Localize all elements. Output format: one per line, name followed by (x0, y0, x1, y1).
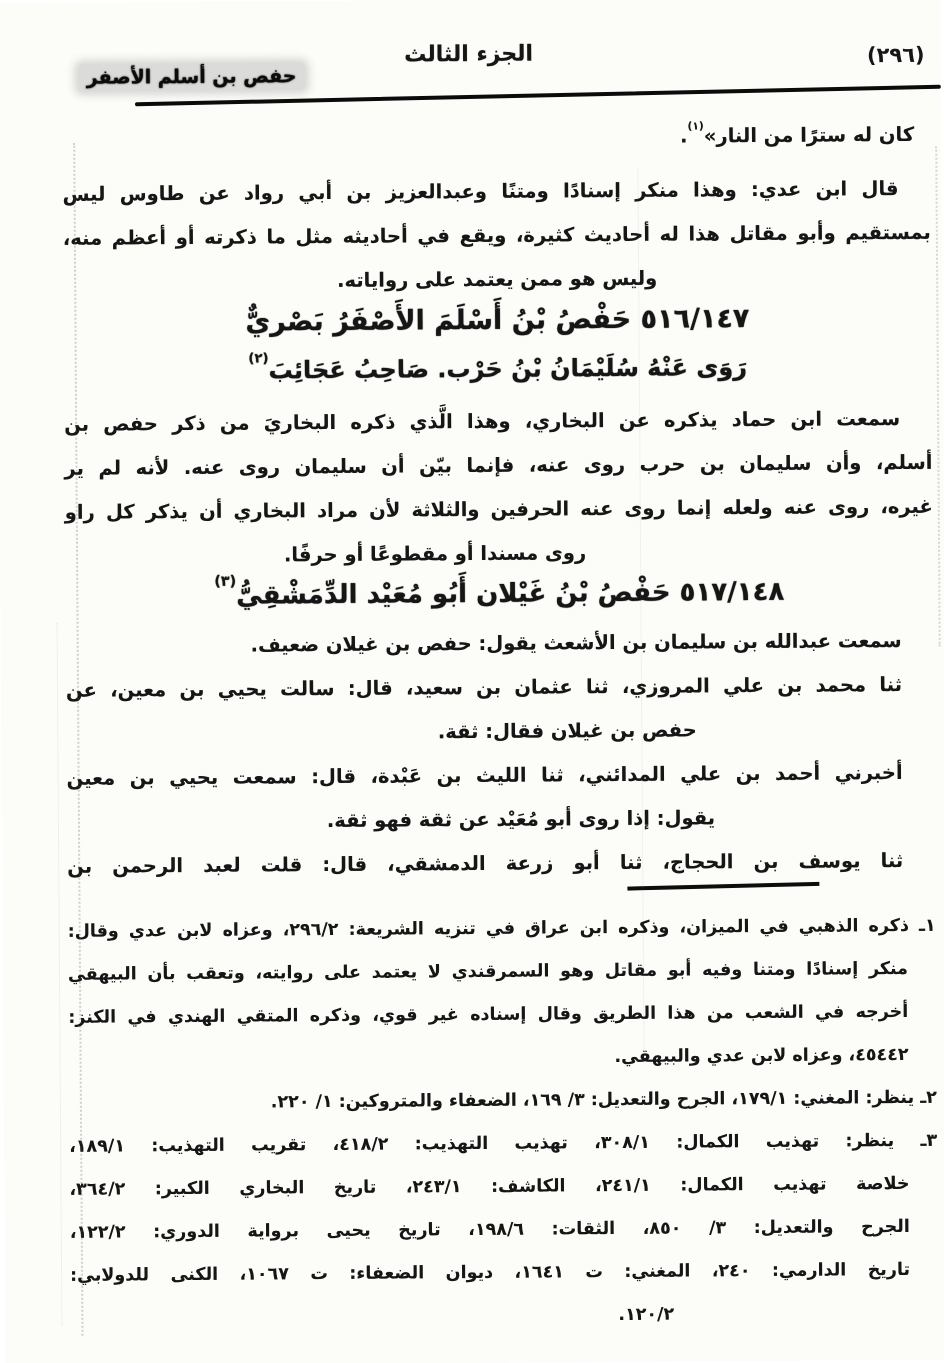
paragraph-line: قال ابن عدي: وهذا منكر إسنادًا ومتنًا وع… (62, 167, 930, 217)
book-page: (٢٩٦) الجزء الثالث حفص بن أسلم الأصفر كا… (0, 0, 944, 1363)
scan-noise-line (935, 147, 940, 647)
paragraph-line: سمعت عبدالله بن سليمان بن الأشعث يقول: ح… (66, 619, 934, 669)
footnote-line: ١ـ ذكره الذهبي في الميزان، وذكره ابن عرا… (68, 905, 936, 954)
body-text: كان له سترًا من النار»(١).قال ابن عدي: و… (62, 107, 935, 889)
paragraph-line: أسلم، وأن سليمان بن حرب روى عنه، فإنما ب… (64, 441, 932, 491)
paragraph-line: غيره، روى عنه ولعله إنما روى عنه الحرفين… (65, 485, 933, 535)
footnote-line: أخرجه في الشعب من هذا الطريق وقال إسناده… (68, 991, 936, 1040)
paragraph-line: حفص بن غيلان فقال: ثقة. (66, 707, 934, 757)
footnotes: ١ـ ذكره الذهبي في الميزان، وذكره ابن عرا… (68, 905, 939, 1341)
footnote-line: منكر إسنادًا ومتنا وفيه أبو مقاتل وهو ال… (68, 948, 936, 997)
footnote-line: ٣ـ ينظر: تهذيب الكمال: ٣٠٨/١، تهذيب الته… (69, 1120, 937, 1169)
page-header: (٢٩٦) الجزء الثالث حفص بن أسلم الأصفر (0, 0, 940, 3)
entry-heading: ٥١٧/١٤٨ حَفْصُ بْنُ غَيْلان أَبُو مُعَيْ… (65, 565, 933, 623)
entry-heading: ٥١٦/١٤٧ حَفْصُ بْنُ أَسْلَمَ الأَصْفَرُ … (63, 293, 931, 349)
footnote-line: ١٢٠/٢. (70, 1292, 938, 1341)
paragraph-line: يقول: إذا روى أبو مُعَيْد عن ثقة فهو ثقة… (67, 795, 935, 845)
entry-heading: رَوَى عَنْهُ سُلَيْمَانُ بْنُ حَرْب. صَا… (64, 343, 932, 395)
paragraph-line: ثنا محمد بن علي المروزي، ثنا عثمان بن سع… (66, 663, 934, 713)
footnote-line: ٤٥٤٤٢، وعزاه لابن عدي والبيهقي. (68, 1034, 936, 1083)
paragraph-line: سمعت ابن حماد يذكره عن البخاري، وهذا الَ… (64, 397, 932, 447)
footnote-line: ٢ـ ينظر: المغني: ١٧٩/١، الجرح والتعديل: … (69, 1077, 937, 1126)
footnote-line: تاريخ الدارمي: ٢٤٠، المغني: ت ١٦٤١، ديوا… (70, 1249, 938, 1298)
scan-noise-line (57, 623, 63, 1326)
footnote-line: الجرح والتعديل: ٣/ ٨٥٠، الثقات: ١٩٨/٦، ت… (70, 1206, 938, 1255)
paragraph-line: أخبرني أحمد بن علي المدائني، ثنا الليث ب… (66, 751, 934, 801)
paragraph-line: بمستقيم وأبو مقاتل هذا له أحاديث كثيرة، … (63, 211, 931, 261)
quote-line: كان له سترًا من النار»(١). (62, 113, 930, 163)
footnote-line: خلاصة تهذيب الكمال: ٢٤١/١، الكاشف: ٢٤٣/١… (69, 1163, 937, 1212)
running-title: حفص بن أسلم الأصفر (79, 63, 305, 91)
